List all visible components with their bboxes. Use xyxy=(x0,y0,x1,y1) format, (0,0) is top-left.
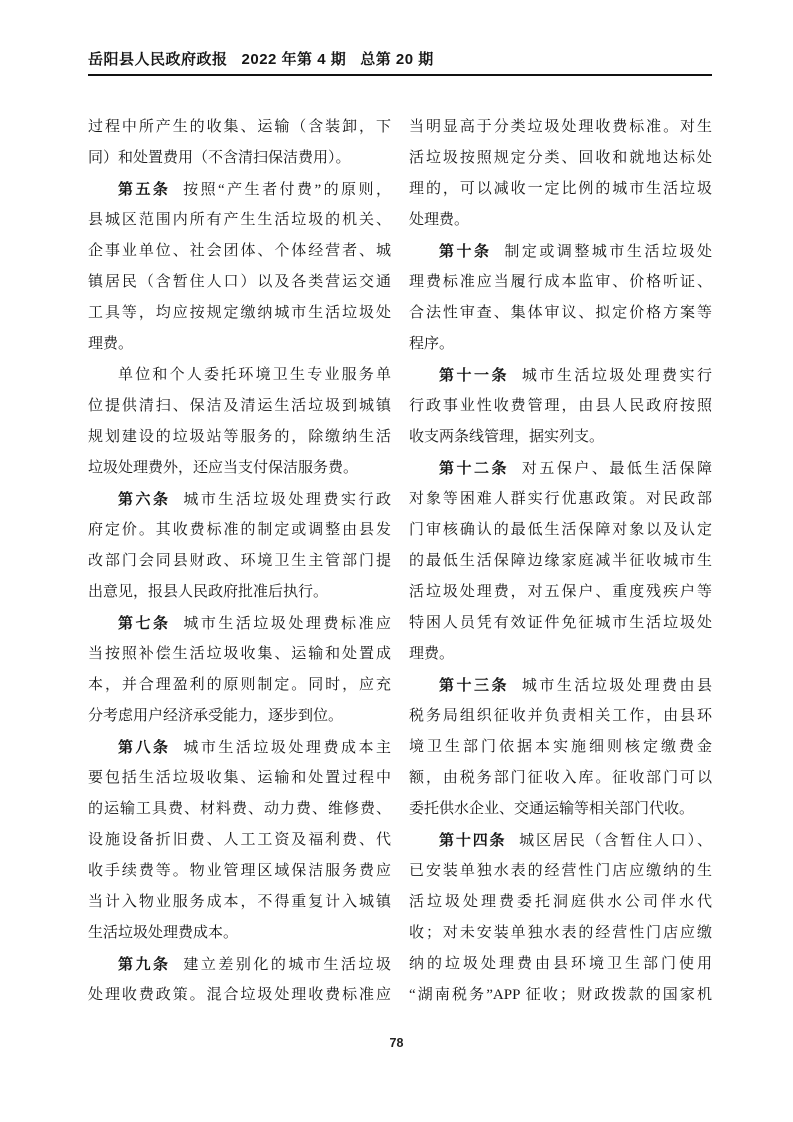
gazette-volume: 总第 20 期 xyxy=(360,51,434,68)
gazette-title: 岳阳县人民政府政报 xyxy=(88,51,228,68)
text-line: 分考虑用户经济承受能力，逐步到位。 xyxy=(88,701,391,732)
text-line: 工具等，均应按规定缴纳城市生活垃圾处 xyxy=(88,298,391,329)
text-line: 垃圾处理费外，还应当支付保洁服务费。 xyxy=(88,453,391,484)
text-line: 生活垃圾处理费成本。 xyxy=(88,918,391,949)
article-number: 第十二条 xyxy=(439,460,509,477)
text-line: 额，由税务部门征收入库。征收部门可以 xyxy=(409,763,712,794)
article-number: 第十四条 xyxy=(439,832,506,849)
text-line: 规划建设的垃圾站等服务的，除缴纳生活 xyxy=(88,422,391,453)
text-line: 活垃圾处理费委托洞庭供水公司伴水代 xyxy=(409,887,712,918)
text-line: 特困人员凭有效证件免征城市生活垃圾处 xyxy=(409,608,712,639)
text-line: 设施设备折旧费、人工工资及福利费、代 xyxy=(88,825,391,856)
document-body: 过程中所产生的收集、运输（含装卸，下同）和处置费用（不含清扫保洁费用）。第五条按… xyxy=(88,112,712,1011)
text-line: 第七条城市生活垃圾处理费标准应 xyxy=(88,608,391,639)
text-line: 第六条城市生活垃圾处理费实行政 xyxy=(88,484,391,515)
text-line: 委托供水企业、交通运输等相关部门代收。 xyxy=(409,794,712,825)
text-line: 第五条按照“产生者付费”的原则， xyxy=(88,174,391,205)
text-line: 对象等困难人群实行优惠政策。对民政部 xyxy=(409,484,712,515)
text-line: 境卫生部门依据本实施细则核定缴费金 xyxy=(409,732,712,763)
text-line: 理费。 xyxy=(409,639,712,670)
text-line: 当明显高于分类垃圾处理收费标准。对生 xyxy=(409,112,712,143)
text-line: 理费标准应当履行成本监审、价格听证、 xyxy=(409,267,712,298)
text-line: “湖南税务”APP 征收；财政拨款的国家机 xyxy=(409,980,712,1011)
page-header: 岳阳县人民政府政报2022 年第 4 期总第 20 期 xyxy=(88,48,712,76)
text-line: 活垃圾处理费，对五保户、重度残疾户等 xyxy=(409,577,712,608)
text-line: 位提供清扫、保洁及清运生活垃圾到城镇 xyxy=(88,391,391,422)
text-line: 第十三条城市生活垃圾处理费由县 xyxy=(409,670,712,701)
text-line: 第十一条城市生活垃圾处理费实行 xyxy=(409,360,712,391)
text-line: 第十条制定或调整城市生活垃圾处 xyxy=(409,236,712,267)
text-line: 纳的垃圾处理费由县环境卫生部门使用 xyxy=(409,949,712,980)
text-line: 门审核确认的最低生活保障对象以及认定 xyxy=(409,515,712,546)
text-line: 处理费。 xyxy=(409,205,712,236)
text-line: 第十二条对五保户、最低生活保障 xyxy=(409,453,712,484)
right-column: 当明显高于分类垃圾处理收费标准。对生活垃圾按照规定分类、回收和就地达标处理的，可… xyxy=(409,112,712,1011)
article-number: 第八条 xyxy=(118,739,171,756)
article-number: 第十一条 xyxy=(439,367,509,384)
text-line: 收手续费等。物业管理区域保洁服务费应 xyxy=(88,856,391,887)
text-line: 当按照补偿生活垃圾收集、运输和处置成 xyxy=(88,639,391,670)
text-line: 活垃圾按照规定分类、回收和就地达标处 xyxy=(409,143,712,174)
text-line: 第十四条城区居民（含暂住人口）、 xyxy=(409,825,712,856)
text-line: 县城区范围内所有产生生活垃圾的机关、 xyxy=(88,205,391,236)
text-line: 过程中所产生的收集、运输（含装卸，下 xyxy=(88,112,391,143)
article-number: 第五条 xyxy=(118,181,170,198)
text-line: 要包括生活垃圾收集、运输和处置过程中 xyxy=(88,763,391,794)
text-line: 已安装单独水表的经营性门店应缴纳的生 xyxy=(409,856,712,887)
text-line: 程序。 xyxy=(409,329,712,360)
text-line: 的运输工具费、材料费、动力费、维修费、 xyxy=(88,794,391,825)
article-number: 第十条 xyxy=(439,243,492,260)
text-line: 第八条城市生活垃圾处理费成本主 xyxy=(88,732,391,763)
text-line: 处理收费政策。混合垃圾处理收费标准应 xyxy=(88,980,391,1011)
article-number: 第七条 xyxy=(118,615,171,632)
text-line: 合法性审查、集体审议、拟定价格方案等 xyxy=(409,298,712,329)
article-number: 第九条 xyxy=(118,956,171,973)
text-line: 镇居民（含暂住人口）以及各类营运交通 xyxy=(88,267,391,298)
article-number: 第六条 xyxy=(118,491,171,508)
text-line: 当计入物业服务成本，不得重复计入城镇 xyxy=(88,887,391,918)
text-line: 收支两条线管理，据实列支。 xyxy=(409,422,712,453)
text-line: 的最低生活保障边缘家庭减半征收城市生 xyxy=(409,546,712,577)
text-line: 理的，可以减收一定比例的城市生活垃圾 xyxy=(409,174,712,205)
text-line: 出意见，报县人民政府批准后执行。 xyxy=(88,577,391,608)
gazette-issue: 2022 年第 4 期 xyxy=(242,51,347,68)
text-line: 本，并合理盈利的原则制定。同时，应充 xyxy=(88,670,391,701)
left-column: 过程中所产生的收集、运输（含装卸，下同）和处置费用（不含清扫保洁费用）。第五条按… xyxy=(88,112,391,1011)
text-line: 单位和个人委托环境卫生专业服务单 xyxy=(88,360,391,391)
text-line: 税务局组织征收并负责相关工作，由县环 xyxy=(409,701,712,732)
text-line: 府定价。其收费标准的制定或调整由县发 xyxy=(88,515,391,546)
text-line: 行政事业性收费管理，由县人民政府按照 xyxy=(409,391,712,422)
text-line: 理费。 xyxy=(88,329,391,360)
text-line: 同）和处置费用（不含清扫保洁费用）。 xyxy=(88,143,391,174)
text-line: 改部门会同县财政、环境卫生主管部门提 xyxy=(88,546,391,577)
text-line: 企事业单位、社会团体、个体经营者、城 xyxy=(88,236,391,267)
page-number: 78 xyxy=(0,1036,793,1050)
text-line: 第九条建立差别化的城市生活垃圾 xyxy=(88,949,391,980)
article-number: 第十三条 xyxy=(439,677,509,694)
text-line: 收；对未安装单独水表的经营性门店应缴 xyxy=(409,918,712,949)
